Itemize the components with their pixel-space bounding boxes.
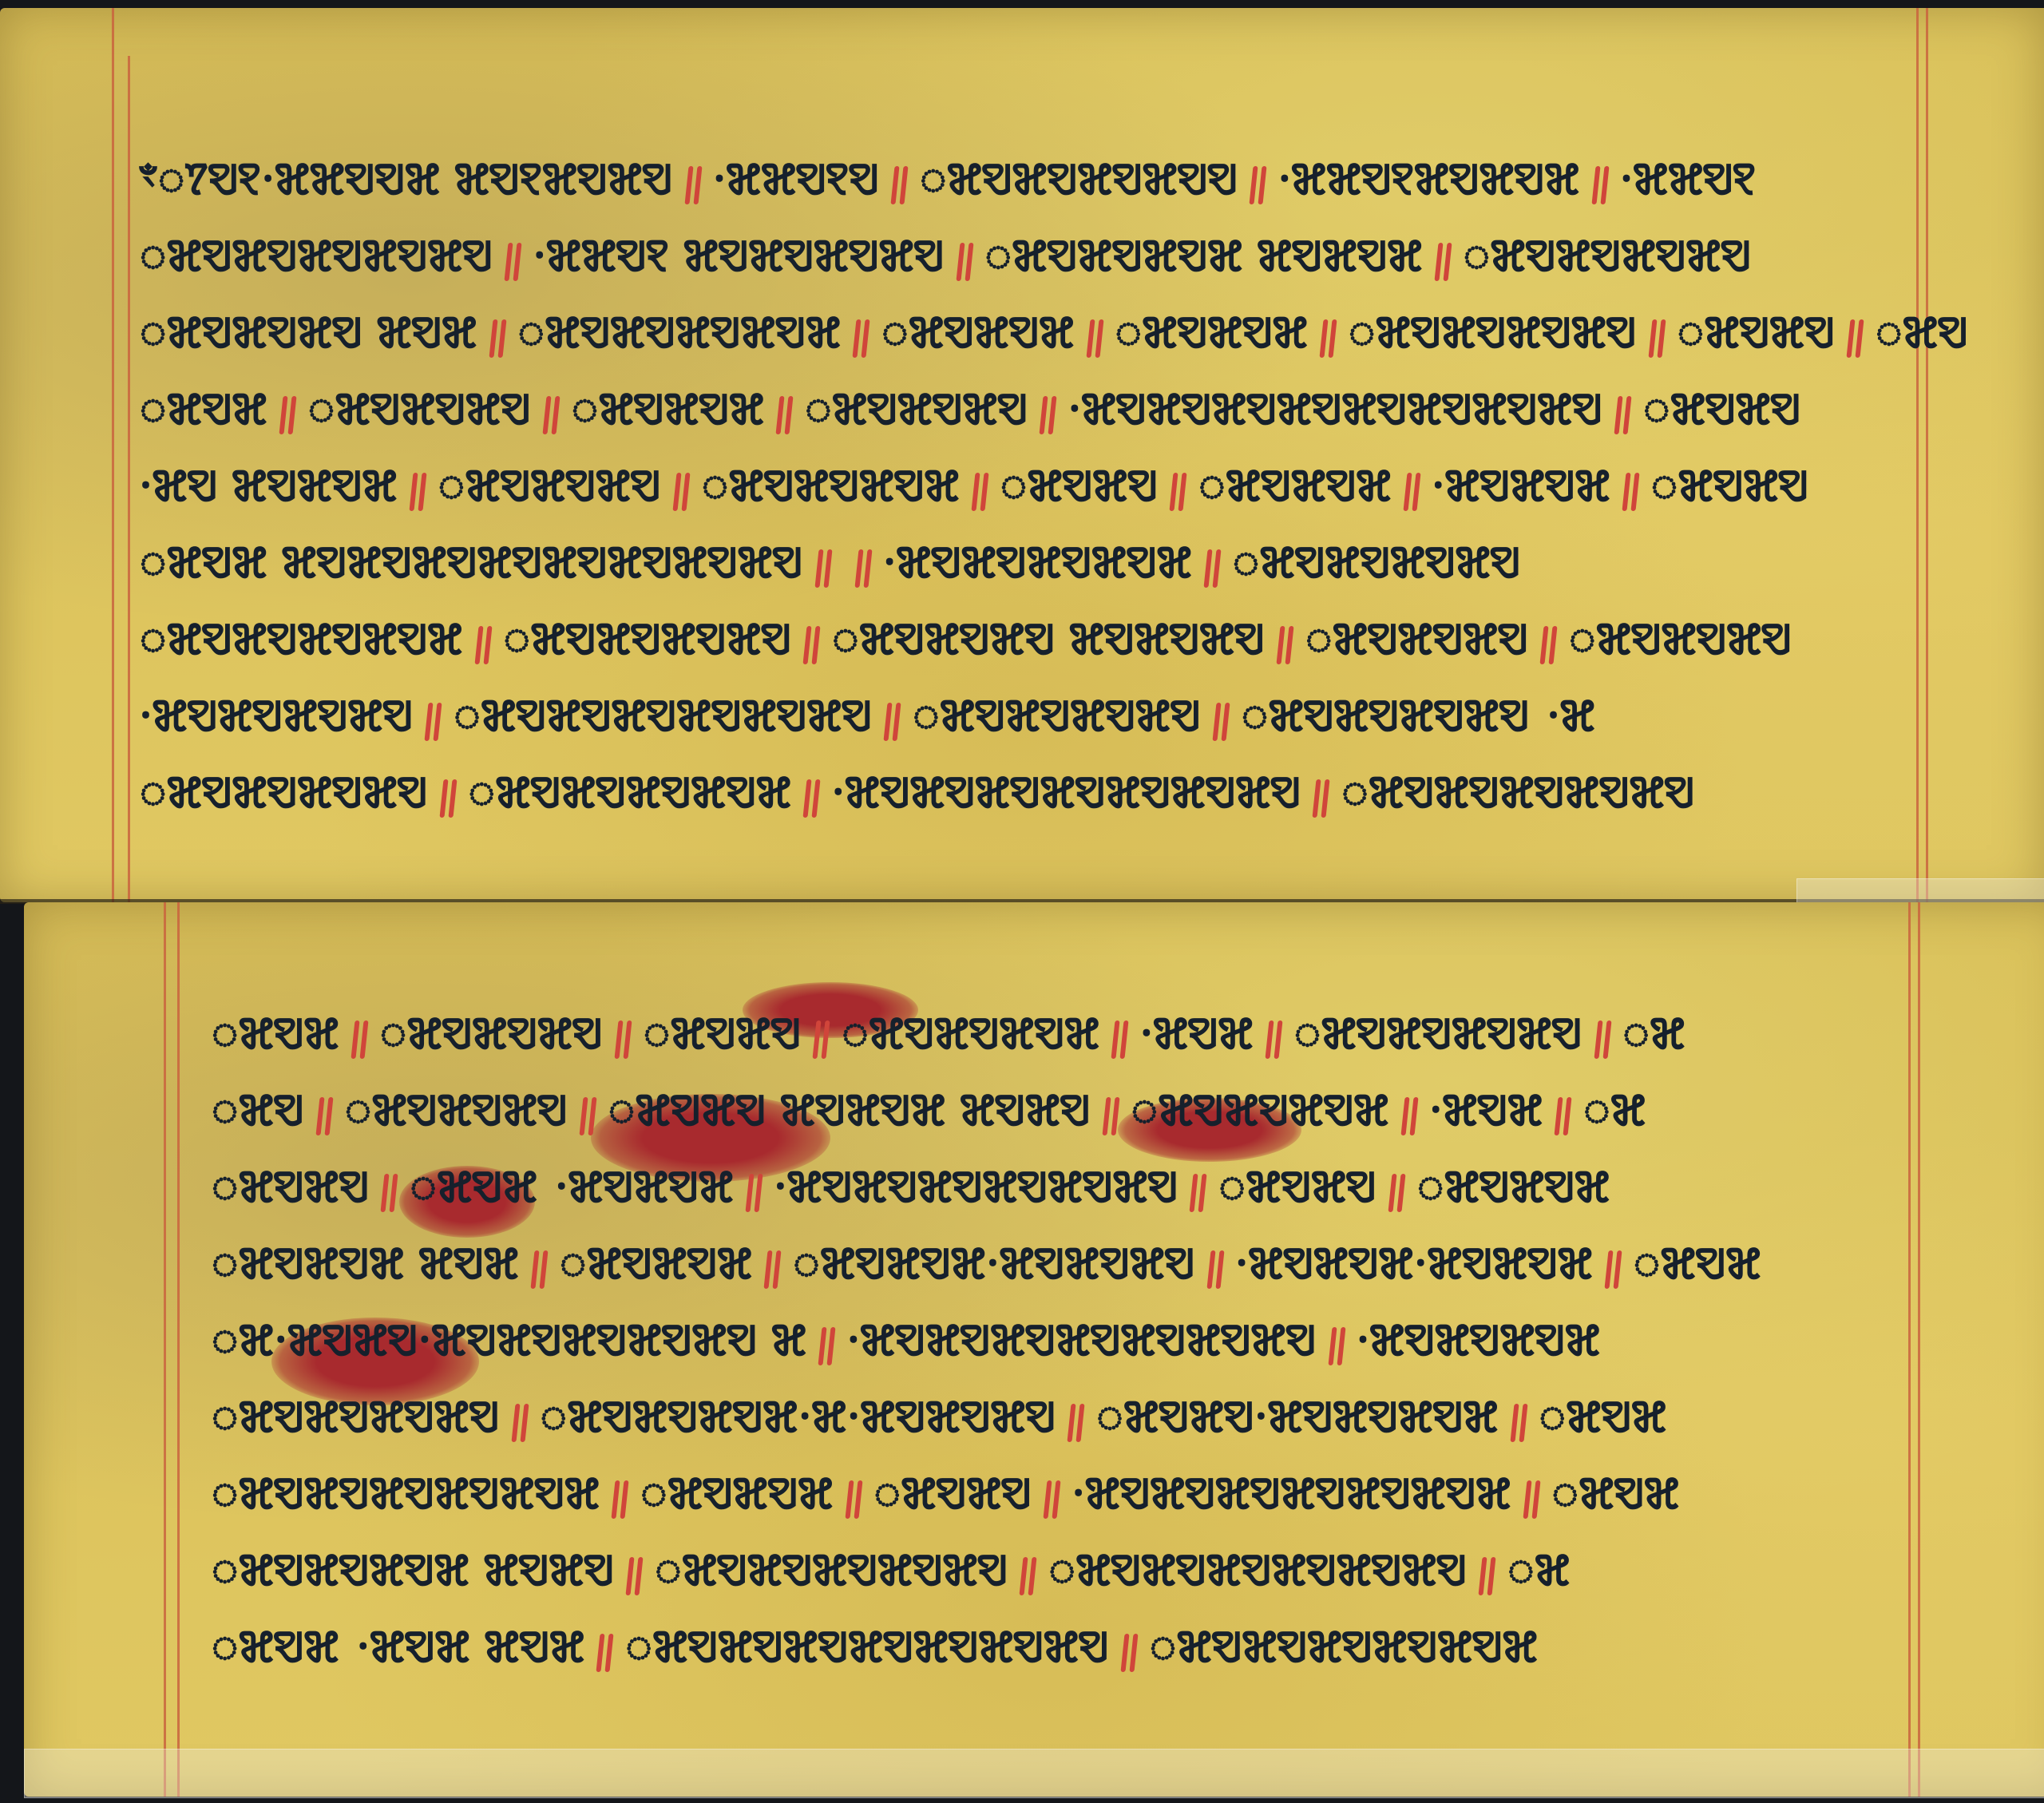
red-danda-mark [1190, 1172, 1207, 1215]
red-danda-mark [1313, 778, 1330, 821]
manuscript-line: ꣃꣂꣃꣂꣃꣂ ꣃꣂꣃꣃꣂꣃꣂꣃꣂꣃꣂꣃꣃꣂꣃꣂꣃꣃꣂꣃꣂꣃꣃꣂꣃꣂꣃꣂꣃꣂꣃꣂꣃ… [140, 297, 2044, 361]
red-danda-mark [1388, 1172, 1406, 1215]
folio-top: ꣳꢵꣂꣁ·ꣃꣃꣂꣂꣃ ꣃꣂꣁꣃꣂꣃꣂ·ꣃꣃꣂꣁꣂꣃꣂꣃꣂꣃꣂꣃꣂꣂ·ꣃꣃꣂꣁꣃꣂ… [0, 8, 2044, 902]
text-segment: ꣃꣂꣃꣂꣃꣂꣃꣂ [504, 612, 793, 668]
margin-rule-left [164, 902, 166, 1797]
red-danda-mark [1266, 1019, 1283, 1062]
red-danda-mark [1511, 1402, 1528, 1445]
red-danda-mark [505, 241, 522, 284]
red-danda-mark [1204, 548, 1222, 591]
red-danda-mark [746, 1172, 763, 1215]
red-danda-mark [1592, 164, 1610, 208]
red-danda-mark [1523, 1479, 1541, 1522]
text-segment: ꣃꣂꣃꣂꣃꣂꣃ [842, 1006, 1100, 1062]
red-danda-mark [813, 1019, 830, 1062]
text-segment: ꣃꣂꣃꣂꣃꣂꣃꣂꣃ [518, 305, 842, 361]
red-danda-mark [1540, 624, 1558, 668]
red-danda-mark [764, 1249, 782, 1292]
text-segment: ꣃꣂꣃꣂ [1643, 382, 1801, 438]
red-danda-mark [673, 471, 691, 514]
text-segment: ꣃꣂꣃꣂꣃꣂꣃꣂ [1464, 228, 1753, 284]
red-danda-mark [612, 1479, 629, 1522]
text-segment: ꣃꣂꣃꣂꣃꣂꣃ ꣃꣂꣃꣂ [212, 1543, 615, 1599]
red-danda-mark [815, 548, 833, 591]
text-segment: ꣃꣂꣃꣂ [644, 1006, 802, 1062]
red-danda-mark [1103, 1096, 1120, 1139]
manuscript-line: ꣃꣂꣃꣃꣂꣃꣂꣃꣂꣃꣂꣃꣂꣃꣂꣃꣂꣃꣂꣃ·ꣃꣂꣃꣃꣂꣃꣂꣃꣂꣃꣂꣃ [212, 998, 2044, 1062]
text-segment: ·ꣃꣂꣃꣂꣃꣂꣃꣂꣃꣂꣃꣂꣃ [1072, 1466, 1512, 1522]
red-danda-mark [531, 1249, 549, 1292]
margin-rule-left-inner [128, 56, 130, 902]
text-segment: ·ꣃꣂꣃꣂꣃꣂꣃꣂꣃꣂꣃꣂꣃꣂꣃꣂ [1068, 382, 1603, 438]
text-segment: ·ꣃꣃꣂꣁ [1621, 152, 1757, 208]
text-segment: ꣳꢵꣂꣁ·ꣃꣃꣂꣂꣃ ꣃꣂꣁꣃꣂꣃꣂ [140, 152, 674, 208]
text-segment: ·ꣃꣃꣂꣁ ꣃꣂꣃꣂꣃꣂꣃꣂ [533, 228, 945, 284]
text-segment: ꣃꣂꣃꣂ [1000, 458, 1159, 514]
text-segment: ꣃꣂꣃꣂꣃ [640, 1466, 834, 1522]
text-segment: ꣃ·ꣃꣂꣃꣂ·ꣃꣂꣃꣂꣃꣂꣃꣂꣃꣂ ꣃ [212, 1313, 807, 1369]
text-segment: ꣃꣂꣃꣂꣃꣂꣃꣂꣃꣂꣃꣂꣃꣂ [625, 1619, 1109, 1675]
text-segment: ꣃꣂꣃꣂꣃꣂꣃꣂ [913, 688, 1202, 744]
text-segment: ꣃꣂꣃꣂꣃꣂꣃꣂꣃꣂꣃ [1150, 1619, 1539, 1675]
text-segment: ꣃꣂꣃꣂꣃꣂꣃꣂꣃꣂ [1341, 765, 1695, 821]
text-segment: ꣃ [1583, 1083, 1646, 1139]
red-danda-mark [1170, 471, 1187, 514]
red-danda-mark [1111, 1019, 1129, 1062]
red-danda-mark [615, 1019, 632, 1062]
text-segment: ꣃꣂꣃ [212, 1006, 340, 1062]
text-segment: ꣃꣂꣃꣂꣃ [572, 382, 765, 438]
text-segment: ꣃꣂꣃ ·ꣃꣂꣃ ꣃꣂꣃ [212, 1619, 585, 1675]
red-danda-mark [489, 318, 507, 361]
text-segment: ꣃꣂꣃꣂꣃꣂꣃꣂꣃꣂ [655, 1543, 1008, 1599]
red-danda-mark [596, 1632, 614, 1675]
red-danda-mark [1555, 1096, 1572, 1139]
text-segment: ꣃꣂꣃꣂꣃꣂ [805, 382, 1028, 438]
red-danda-mark [1087, 318, 1104, 361]
manuscript-line: ·ꣃꣂ ꣃꣂꣃꣂꣃꣃꣂꣃꣂꣃꣂꣃꣂꣃꣂꣃꣂꣃꣃꣂꣃꣂꣃꣂꣃꣂꣃ·ꣃꣂꣃꣂꣃꣃꣂꣃ… [140, 450, 2044, 514]
manuscript-line: ꣃꣂꣃꣂꣃ ꣃꣂꣃꣃꣂꣃꣂꣃꣃꣂꣃꣂꣃ·ꣃꣂꣃꣂꣃꣂ·ꣃꣂꣃꣂꣃ·ꣃꣂꣃꣂꣃꣃꣂ… [212, 1228, 2044, 1292]
text-segment: ꣃꣂꣃꣂꣃꣂꣃꣂ [212, 1389, 501, 1445]
text-segment: ·ꣃꣂꣃꣂꣃꣂꣃꣂꣃꣂꣃꣂꣃꣂ [847, 1313, 1317, 1369]
red-danda-mark [381, 1172, 398, 1215]
text-segment: ꣃꣂꣃꣂ·ꣃꣂꣃꣂꣃꣂꣃ [1096, 1389, 1499, 1445]
manuscript-line: ·ꣃꣂꣃꣂꣃꣂꣃꣂꣃꣂꣃꣂꣃꣂꣃꣂꣃꣂꣃꣂꣃꣂꣃꣂꣃꣂꣃꣂꣃꣂꣃꣂꣃꣂꣃꣂ ·ꣃ [140, 680, 2044, 744]
red-danda-mark [1614, 394, 1632, 438]
text-segment: ꣃꣂꣃꣂꣃꣂꣃ ꣃꣂꣃꣂꣃ [985, 228, 1424, 284]
text-segment: ·ꣃꣂ ꣃꣂꣃꣂꣃ [140, 458, 398, 514]
text-segment: ꣃꣂꣃꣂꣃꣂ [345, 1083, 568, 1139]
red-danda-mark [1649, 318, 1666, 361]
text-segment: ꣃꣂꣃꣂꣃ [881, 305, 1075, 361]
red-danda-mark [957, 241, 974, 284]
red-danda-mark [1250, 164, 1267, 208]
text-segment: ·ꣃꣂꣃꣂꣃꣂꣃꣂꣃꣂꣃꣂ [774, 1159, 1179, 1215]
red-danda-mark [279, 394, 297, 438]
text-segment: ꣃ [1623, 1006, 1686, 1062]
text-segment: ꣃꣂꣃꣂꣃꣂꣃꣂ ·ꣃ [1242, 688, 1596, 744]
text-segment: ·ꣃꣂꣃꣂꣃ·ꣃꣂꣃꣂꣃ [1236, 1236, 1594, 1292]
text-segment: ꣃꣂꣃꣂ [212, 1159, 370, 1215]
red-danda-mark [543, 394, 561, 438]
text-segment: ꣃꣂꣃꣂꣃꣂꣃꣂ [1294, 1006, 1583, 1062]
red-danda-mark [1320, 318, 1337, 361]
red-danda-mark [855, 548, 873, 591]
text-segment: ·ꣃꣂꣃꣂꣃꣂꣃꣂꣃ [884, 535, 1193, 591]
text-segment: ꣃꣂꣃꣂꣃꣂ ꣃꣂꣃ [140, 305, 478, 361]
red-danda-mark [1622, 471, 1640, 514]
red-danda-mark [1479, 1555, 1496, 1599]
red-danda-mark [626, 1555, 644, 1599]
red-danda-mark [1401, 1096, 1419, 1139]
manuscript-line: ꣃꣂꣃꣂꣃꣂꣃꣂꣃꣂ·ꣃꣃꣂꣁ ꣃꣂꣃꣂꣃꣂꣃꣂꣃꣂꣃꣂꣃꣂꣃ ꣃꣂꣃꣂꣃꣃꣂꣃ… [140, 220, 2044, 284]
red-danda-mark [316, 1096, 334, 1139]
manuscript-line: ꣃꣂꣃꣂꣃꣂꣃꣂꣃꣂꣃꣃꣂꣃꣂꣃꣃꣂꣃꣂ·ꣃꣂꣃꣂꣃꣂꣃꣂꣃꣂꣃꣂꣃꣃꣂꣃ [212, 1458, 2044, 1522]
repair-tape-bottom [24, 1749, 2044, 1798]
red-danda-mark [884, 701, 901, 744]
text-segment: ꣃ [1507, 1543, 1571, 1599]
red-danda-mark [972, 471, 989, 514]
manuscript-line: ꣃꣂꣃꣂꣃꣂꣃꣂꣃꣃꣂꣃꣂꣃꣂꣃꣂꣃꣂꣃꣂꣃꣂ ꣃꣂꣃꣂꣃꣂꣃꣂꣃꣂꣃꣂꣃꣂꣃꣂ… [140, 604, 2044, 668]
text-segment: ꣃꣂ [212, 1083, 305, 1139]
text-segment: ꣃꣂꣃꣂꣃꣂꣃꣂ [1233, 535, 1522, 591]
text-segment: ꣃꣂꣃꣂꣃꣂ [308, 382, 532, 438]
red-danda-mark [776, 394, 794, 438]
red-danda-mark [1594, 1019, 1612, 1062]
red-danda-mark [425, 701, 442, 744]
red-danda-mark [1847, 318, 1864, 361]
text-segment: ꣃꣂꣃꣂꣃꣂ [1569, 612, 1792, 668]
margin-rule-left [112, 8, 114, 902]
red-danda-mark [512, 1402, 529, 1445]
red-danda-mark [410, 471, 427, 514]
red-danda-mark [475, 624, 493, 668]
red-danda-mark [440, 778, 458, 821]
manuscript-line: ꣃꣂꣃꣂꣃꣂꣃ ꣃꣂꣃꣂꣃꣂꣃꣂꣃꣂꣃꣂꣃꣂꣃꣂꣃꣂꣃꣂꣃꣂꣃꣂꣃꣂꣃ [212, 1535, 2044, 1599]
manuscript-line: ꣃꣂꣃꣂꣃꣂꣃꣂꣃꣂꣃꣂꣃꣂꣃ·ꣃ·ꣃꣂꣃꣂꣃꣂꣃꣂꣃꣂ·ꣃꣂꣃꣂꣃꣂꣃꣃꣂꣃ [212, 1381, 2044, 1445]
red-danda-mark [803, 778, 821, 821]
text-segment: ꣃꣂꣃꣂꣃꣂꣃꣂꣃꣂꣃꣂ [1048, 1543, 1468, 1599]
manuscript-line: ꣃꣂꣃꣂꣃꣂꣃꣂꣃꣂꣃꣂꣃꣂꣃꣂꣃ·ꣃꣂꣃꣂꣃꣂꣃꣂꣃꣂꣃꣂꣃꣂꣃꣂꣃꣂꣃꣂꣃꣂ… [140, 757, 2044, 821]
manuscript-line: ꣃꣂꣃ ꣃꣂꣃꣂꣃꣂꣃꣂꣃꣂꣃꣂꣃꣂꣃꣂ·ꣃꣂꣃꣂꣃꣂꣃꣂꣃꣃꣂꣃꣂꣃꣂꣃꣂ [140, 527, 2044, 591]
text-segment: ꣃꣂꣃꣂꣃꣂꣃꣂꣃꣂꣃꣂ [454, 688, 873, 744]
text-segment: ·ꣃꣃꣂꣁꣃꣂꣃꣂꣃ [1278, 152, 1580, 208]
text-segment: ꣃꣂꣃꣂꣃꣂꣃꣂꣃꣂ [140, 228, 493, 284]
red-danda-mark [1068, 1402, 1085, 1445]
text-segment: ꣃꣂꣃꣂꣃꣂꣃ [1131, 1083, 1390, 1139]
red-danda-mark [1435, 241, 1452, 284]
text-segment: ·ꣃꣃꣂꣁꣂ [714, 152, 881, 208]
manuscript-line: ꣃ·ꣃꣂꣃꣂ·ꣃꣂꣃꣂꣃꣂꣃꣂꣃꣂ ꣃ·ꣃꣂꣃꣂꣃꣂꣃꣂꣃꣂꣃꣂꣃꣂ·ꣃꣂꣃꣂꣃ… [212, 1305, 2044, 1369]
text-segment: ꣃꣂꣃꣂ ꣃꣂꣃꣂꣃ ꣃꣂꣃꣂ [608, 1083, 1091, 1139]
text-segment: ꣃꣂꣃꣂꣃ [560, 1236, 753, 1292]
text-segment: ꣃꣂꣃꣂꣃꣂꣃꣂꣃꣂꣃ [212, 1466, 600, 1522]
red-danda-mark [1404, 471, 1421, 514]
red-danda-mark [685, 164, 703, 208]
text-segment: ꣃꣂꣃ [140, 382, 268, 438]
text-segment: ꣃꣂꣃꣂꣃꣂꣃꣂ [140, 765, 429, 821]
text-segment: ꣃꣂꣃꣂꣃꣂꣃꣂꣃ [140, 612, 464, 668]
red-danda-mark [1207, 1249, 1225, 1292]
red-danda-mark [846, 1479, 863, 1522]
text-segment: ·ꣃꣂꣃ [1140, 1006, 1254, 1062]
manuscript-line: ꣃꣂꣃꣃꣂꣃꣂꣃꣂꣃꣂꣃꣂꣃꣃꣂꣃꣂꣃꣂ·ꣃꣂꣃꣂꣃꣂꣃꣂꣃꣂꣃꣂꣃꣂꣃꣂꣃꣂꣃ… [140, 374, 2044, 438]
text-segment: ꣃꣂꣃꣂꣃꣂꣃꣂꣂ [920, 152, 1238, 208]
text-segment: ꣃꣂꣃꣂ [1678, 305, 1836, 361]
red-danda-mark [818, 1326, 836, 1369]
red-danda-mark [580, 1096, 597, 1139]
red-danda-mark [1044, 1479, 1061, 1522]
text-segment: ꣃꣂꣃꣂꣃꣂ [438, 458, 662, 514]
text-segment: ꣃꣂꣃꣂꣃ [1115, 305, 1309, 361]
text-segment: ꣃꣂ [1876, 305, 1969, 361]
red-danda-mark [1605, 1249, 1622, 1292]
text-segment: ꣃꣂꣃ ·ꣃꣂꣃꣂꣃ [410, 1159, 734, 1215]
manuscript-line: ꣃꣂꣃ ·ꣃꣂꣃ ꣃꣂꣃꣃꣂꣃꣂꣃꣂꣃꣂꣃꣂꣃꣂꣃꣂꣃꣂꣃꣂꣃꣂꣃꣂꣃꣂꣃ [212, 1611, 2044, 1675]
text-segment: ꣃꣂꣃ [1634, 1236, 1762, 1292]
red-danda-mark [1020, 1555, 1037, 1599]
text-segment: ꣃꣂꣃꣂ [1218, 1159, 1377, 1215]
text-segment: ꣃꣂꣃꣂꣃ ꣃꣂꣃ [212, 1236, 520, 1292]
manuscript-line: ꣃꣂꣃꣂꣃꣂꣃ ·ꣃꣂꣃꣂꣃ·ꣃꣂꣃꣂꣃꣂꣃꣂꣃꣂꣃꣂꣃꣂꣃꣂꣃꣂꣃꣂꣃ [212, 1151, 2044, 1215]
text-segment: ·ꣃꣂꣃꣂꣃꣂꣃꣂ [140, 688, 414, 744]
text-segment: ꣃꣂꣃ ꣃꣂꣃꣂꣃꣂꣃꣂꣃꣂꣃꣂꣃꣂꣃꣂ [140, 535, 804, 591]
text-segment: ꣃꣂꣃꣂ [874, 1466, 1032, 1522]
text-segment: ꣃꣂꣃꣂꣃ·ꣃꣂꣃꣂꣃꣂ [793, 1236, 1195, 1292]
red-danda-mark [803, 624, 821, 668]
red-danda-mark [1213, 701, 1230, 744]
red-danda-mark [351, 1019, 369, 1062]
text-segment: ꣃꣂꣃ [1552, 1466, 1681, 1522]
text-segment: ꣃꣂꣃꣂꣃ [1417, 1159, 1610, 1215]
text-segment: ꣃꣂꣃꣂꣃꣂꣃꣂ [1349, 305, 1638, 361]
manuscript-line: ꣃꣂꣃꣂꣃꣂꣃꣂꣃꣂꣃꣂ ꣃꣂꣃꣂꣃ ꣃꣂꣃꣂꣃꣂꣃꣂꣃꣂꣃ·ꣃꣂꣃꣃ [212, 1075, 2044, 1139]
text-segment: ꣃꣂꣃ [1539, 1389, 1668, 1445]
text-segment: ·ꣃꣂꣃꣂꣃꣂꣃ [1357, 1313, 1602, 1369]
text-segment: ·ꣃꣂꣃꣂꣃ [1432, 458, 1611, 514]
folio-bottom: ꣃꣂꣃꣃꣂꣃꣂꣃꣂꣃꣂꣃꣂꣃꣂꣃꣂꣃꣂꣃ·ꣃꣂꣃꣃꣂꣃꣂꣃꣂꣃꣂꣃꣃꣂꣃꣂꣃꣂꣃ… [24, 902, 2044, 1797]
text-segment: ꣃꣂꣃꣂꣃꣂꣃ·ꣃ·ꣃꣂꣃꣂꣃꣂ [541, 1389, 1057, 1445]
manuscript-line: ꣳꢵꣂꣁ·ꣃꣃꣂꣂꣃ ꣃꣂꣁꣃꣂꣃꣂ·ꣃꣃꣂꣁꣂꣃꣂꣃꣂꣃꣂꣃꣂꣂ·ꣃꣃꣂꣁꣃꣂ… [140, 144, 2044, 208]
red-danda-mark [1329, 1326, 1346, 1369]
red-danda-mark [1277, 624, 1294, 668]
text-segment: ·ꣃꣂꣃ [1430, 1083, 1544, 1139]
red-danda-mark [891, 164, 909, 208]
text-segment: ꣃꣂꣃꣂ [1651, 458, 1809, 514]
red-danda-mark [853, 318, 870, 361]
text-segment: ꣃꣂꣃꣂꣃꣂ ꣃꣂꣃꣂꣃꣂ [832, 612, 1266, 668]
red-danda-mark [1040, 394, 1057, 438]
text-segment: ꣃꣂꣃꣂꣃꣂꣃ [702, 458, 961, 514]
text-segment: ꣃꣂꣃꣂꣃꣂꣃꣂꣃ [469, 765, 793, 821]
text-segment: ꣃꣂꣃꣂꣃ [1198, 458, 1392, 514]
text-segment: ꣃꣂꣃꣂꣃꣂ [1305, 612, 1529, 668]
text-segment: ꣃꣂꣃꣂꣃꣂ [380, 1006, 604, 1062]
margin-rule-left-inner [177, 902, 180, 1797]
text-segment: ·ꣃꣂꣃꣂꣃꣂꣃꣂꣃꣂꣃꣂꣃꣂ [832, 765, 1301, 821]
red-danda-mark [1121, 1632, 1139, 1675]
